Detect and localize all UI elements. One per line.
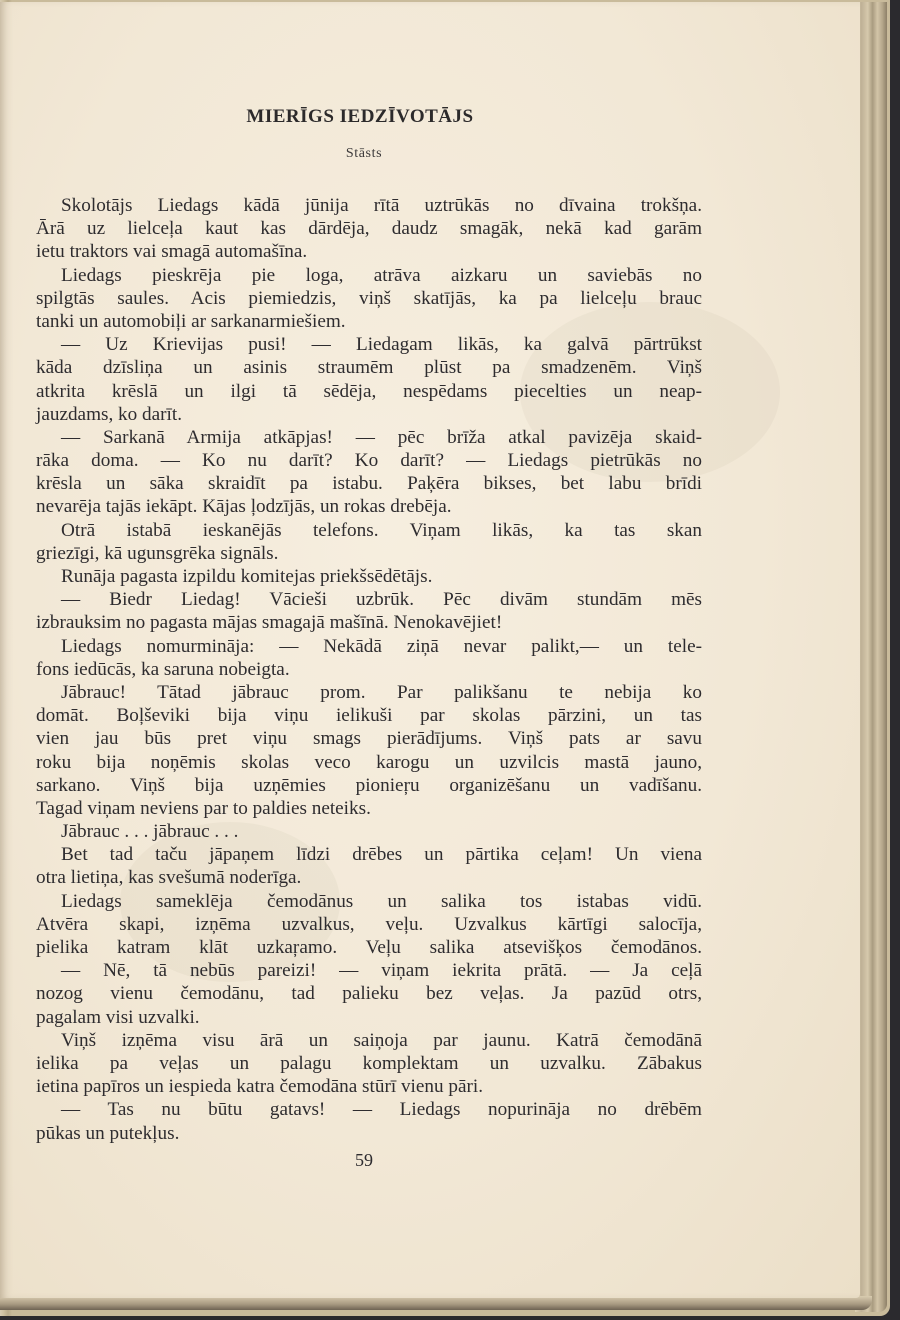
text-line: pielika katram klāt uzkaŗamo. Veļu salik…	[36, 936, 702, 959]
text-line: roku bija noņēmis skolas veco karogu un …	[36, 751, 702, 774]
text-line: pūkas un putekļus.	[36, 1122, 702, 1145]
text-line: jauzdams, ko darīt.	[36, 403, 702, 426]
text-line: ielika pa veļas un palagu komplektam un …	[36, 1052, 702, 1075]
text-line: ietina papīros un iespieda katra čemodān…	[36, 1075, 702, 1098]
text-line: fons iedūcās, ka saruna nobeigta.	[36, 658, 702, 681]
text-line: Skolotājs Liedags kādā jūnija rītā uztrū…	[36, 194, 702, 217]
text-line: Liedags pieskrēja pie loga, atrāva aizka…	[36, 264, 702, 287]
text-line: Viņš izņēma visu ārā un saiņoja par jaun…	[36, 1029, 702, 1052]
text-line: kāda dzīsliņa un asinis straumēm plūst p…	[36, 356, 702, 379]
text-line: — Uz Krievijas pusi! — Liedagam likās, k…	[36, 333, 702, 356]
story-body: Skolotājs Liedags kādā jūnija rītā uztrū…	[36, 194, 702, 1145]
text-line: Tagad viņam neviens par to paldies netei…	[36, 797, 702, 820]
text-line: nozog vienu čemodānu, tad palieku bez ve…	[36, 982, 702, 1005]
text-line: — Nē, tā nebūs pareizi! — viņam iekrita …	[36, 959, 702, 982]
story-title: MIERĪGS IEDZĪVOTĀJS	[0, 106, 720, 128]
text-line: Liedags sameklēja čemodānus un salika to…	[36, 890, 702, 913]
text-line: vien jau būs pret viņu smags pierādījums…	[36, 727, 702, 750]
text-line: izbrauksim no pagasta mājas smagajā mašī…	[36, 611, 702, 634]
text-line: otra lietiņa, kas svešumā noderīga.	[36, 866, 702, 889]
text-line: — Sarkanā Armija atkāpjas! — pēc brīža a…	[36, 426, 702, 449]
text-line: ietu traktors vai smagā automašīna.	[36, 240, 702, 263]
text-line: Otrā istabā ieskanējās telefons. Viņam l…	[36, 519, 702, 542]
text-line: tanki un automobiļi ar sarkanarmiešiem.	[36, 310, 702, 333]
text-line: krēsla un sāka skraidīt pa istabu. Paķēr…	[36, 472, 702, 495]
text-line: sarkano. Viņš bija uzņēmies pionieŗu org…	[36, 774, 702, 797]
text-line: Jābrauc! Tātad jābrauc prom. Par palikša…	[36, 681, 702, 704]
text-line: pagalam visi uzvalki.	[36, 1006, 702, 1029]
text-line: rāka doma. — Ko nu darīt? Ko darīt? — Li…	[36, 449, 702, 472]
text-line: Atvēra skapi, izņēma uzvalkus, veļu. Uzv…	[36, 913, 702, 936]
text-line: griezīgi, kā ugunsgrēka signāls.	[36, 542, 702, 565]
text-line: Bet tad taču jāpaņem līdzi drēbes un pār…	[36, 843, 702, 866]
page-bottom-edge	[0, 1296, 872, 1310]
text-line: spilgtās saules. Acis piemiedzis, viņš s…	[36, 287, 702, 310]
text-line: Ārā uz lielceļa kaut kas dārdēja, daudz …	[36, 217, 702, 240]
text-line: Jābrauc . . . jābrauc . . .	[36, 820, 702, 843]
text-line: Runāja pagasta izpildu komitejas priekšs…	[36, 565, 702, 588]
book-page: MIERĪGS IEDZĪVOTĀJS Stāsts Skolotājs Lie…	[0, 2, 860, 1298]
text-line: domāt. Boļševiki bija viņu ielikuši par …	[36, 704, 702, 727]
text-line: nevarēja tajās iekāpt. Kājas ļodzījās, u…	[36, 495, 702, 518]
text-line: — Biedr Liedag! Vācieši uzbrūk. Pēc divā…	[36, 588, 702, 611]
page-number: 59	[0, 1150, 728, 1171]
story-subtitle: Stāsts	[0, 146, 728, 162]
text-line: atkrita krēslā un ilgi tā sēdēja, nespēd…	[36, 380, 702, 403]
text-line: Liedags nomurmināja: — Nekādā ziņā nevar…	[36, 635, 702, 658]
text-line: — Tas nu būtu gatavs! — Liedags nopurinā…	[36, 1098, 702, 1121]
